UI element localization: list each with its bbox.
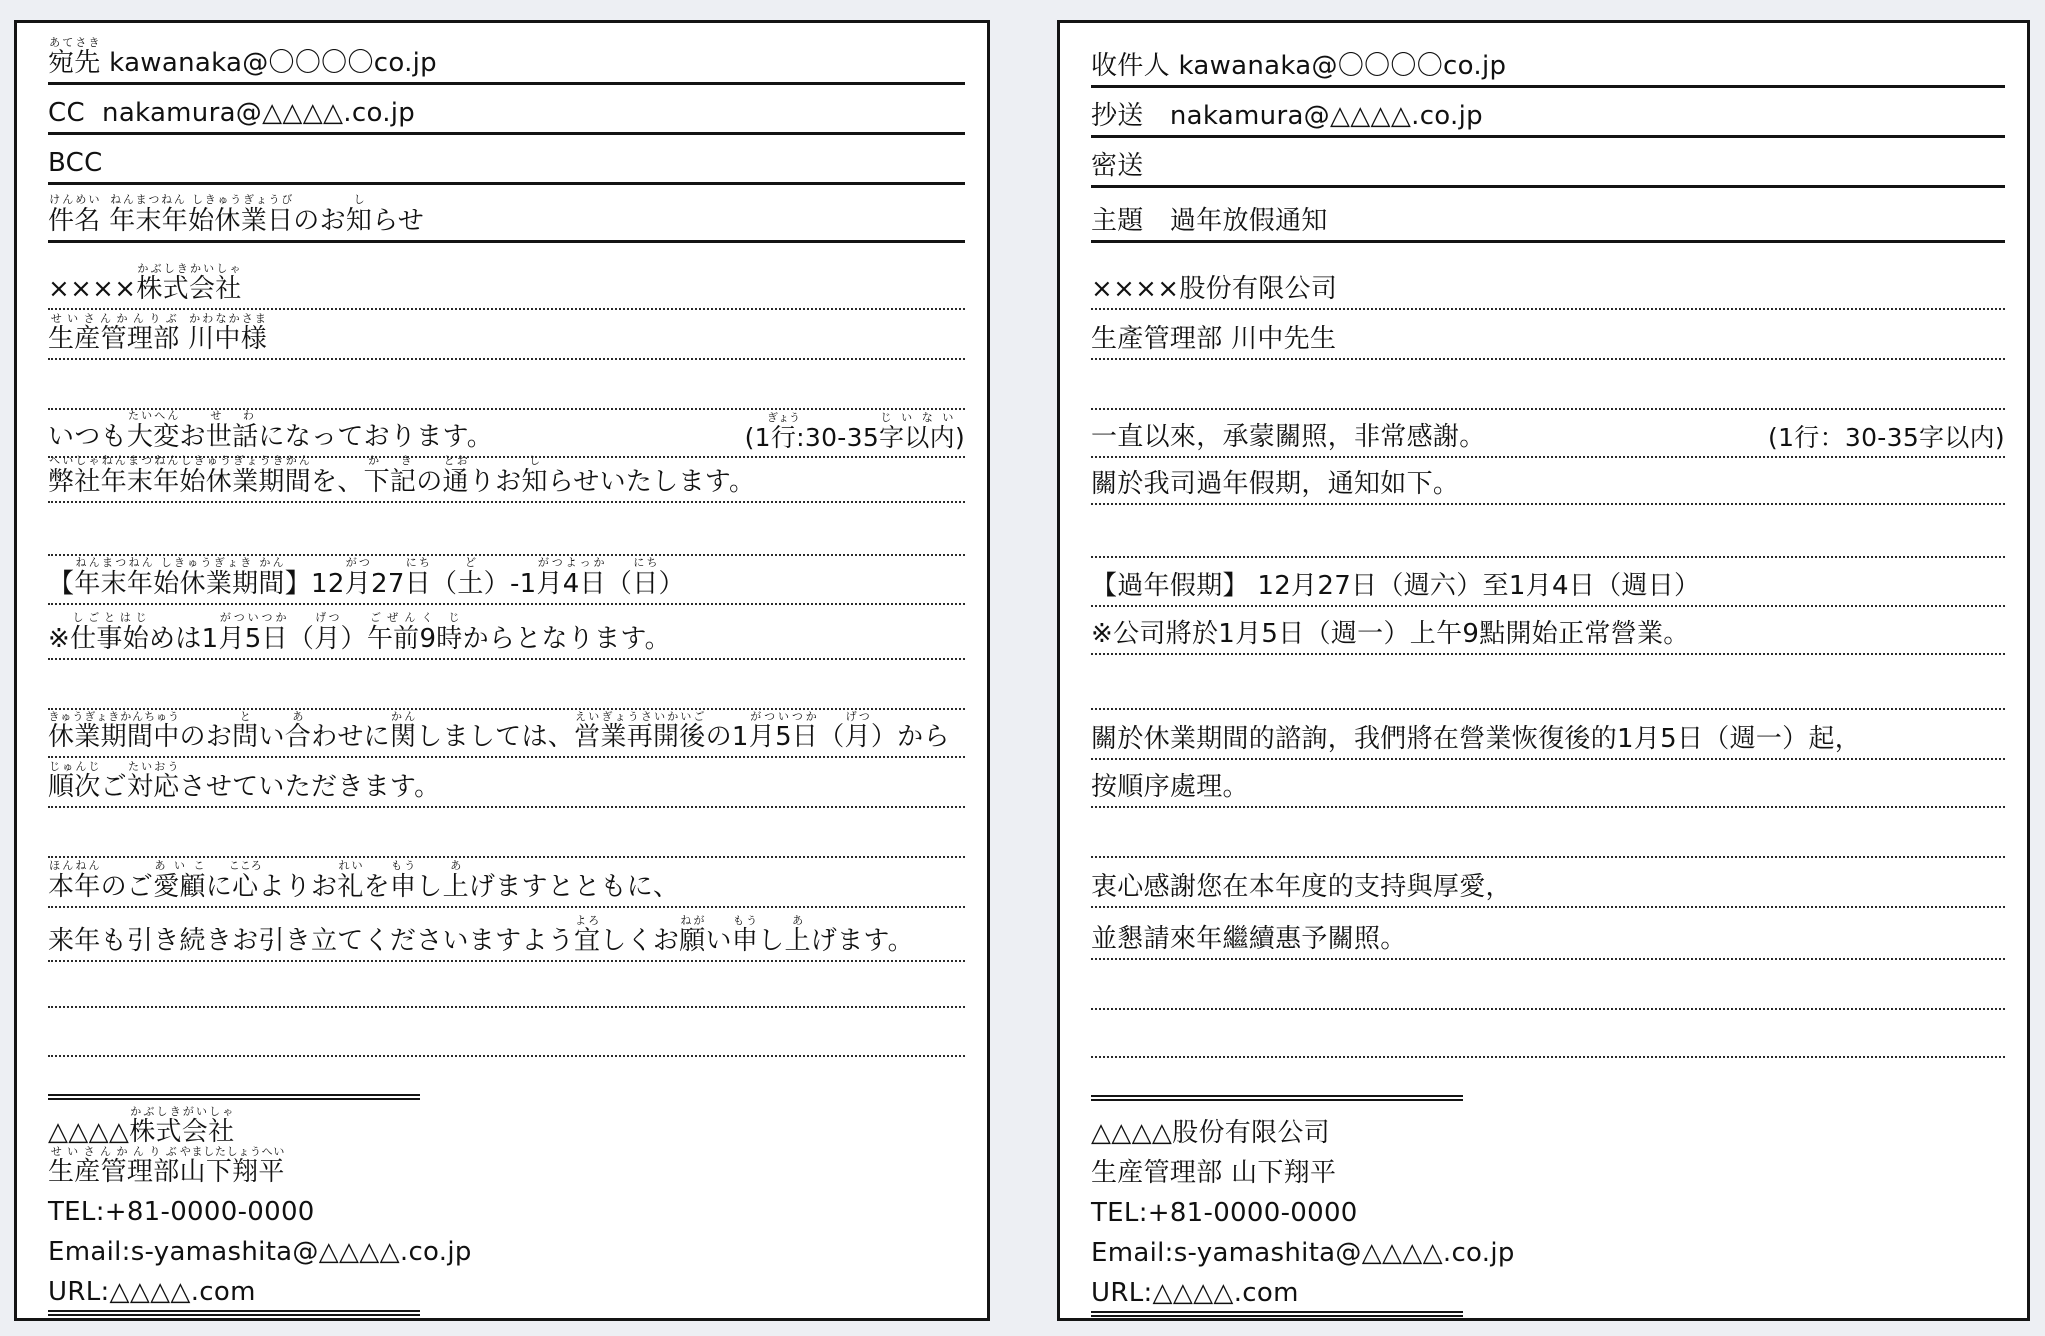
body-text-line <box>48 660 965 710</box>
line-text: ××××株式会社かぶしきかいしゃ <box>48 262 242 303</box>
body-text-line: 生產管理部 川中先生 <box>1091 310 2005 360</box>
body-text-line: ××××股份有限公司 <box>1091 243 2005 310</box>
ruby-annotated-text: 山下翔平やましたしょうへい <box>180 1145 285 1186</box>
signature-line: △△△△股份有限公司 <box>1091 1107 1463 1147</box>
ruby-annotated-text: 月5日がついつか <box>218 624 287 654</box>
body-text-line: 休業期間中きゅうぎょきかんちゅうのお問とい合あわせに関かんしましては、営業再開後… <box>48 710 965 758</box>
line-text: 關於我司過年假期，通知如下。 <box>1091 471 1459 498</box>
line-length-note: (1行ぎょう:30-35字以内じ い な い) <box>745 411 965 451</box>
body-text-line <box>1091 960 2005 1010</box>
line-text: 按順序處理。 <box>1091 774 1249 801</box>
japanese-email-page: 宛先あてさき kawanaka@〇〇〇〇co.jpCC nakamura@△△△… <box>14 20 990 1321</box>
line-text: 抄送 nakamura@△△△△.co.jp <box>1091 103 1483 130</box>
ruby-annotated-text: 知し <box>521 467 547 497</box>
ruby-annotated-text: 月げつ <box>845 722 871 752</box>
ruby-annotated-text: 知し <box>346 206 372 236</box>
signature-line: Email:s-yamashita@△△△△.co.jp <box>1091 1227 1463 1267</box>
ruby-annotated-text: 通とお <box>443 467 469 497</box>
signature-line: 生産管理部せいさんかんりぶ 山下翔平やましたしょうへい <box>48 1146 420 1186</box>
ruby-annotated-text: 世話せ わ <box>206 422 259 452</box>
ruby-annotated-text: 字以内じ い な い <box>879 423 955 452</box>
line-text: 一直以來，承蒙關照，非常感謝。 <box>1091 424 1486 451</box>
ruby-annotated-text: 下記か き <box>364 467 417 497</box>
signature-line: △△△△株式会社かぶしきがいしゃ <box>48 1106 420 1146</box>
body-text-line <box>48 503 965 556</box>
ruby-annotated-text: 弊社年末年始休業期間へいしゃねんまつねんしきゅうぎょうきかん <box>48 467 311 497</box>
ruby-annotated-text: 日にち <box>632 569 658 599</box>
body-text-line: 並懇請來年繼續惠予關照。 <box>1091 908 2005 960</box>
line-text: ××××股份有限公司 <box>1091 276 1337 303</box>
line-text: 並懇請來年繼續惠予關照。 <box>1091 926 1407 953</box>
body-text-line: 生産管理部せいさんかんりぶ 川中様かわなかさま <box>48 310 965 360</box>
ruby-annotated-text: 行ぎょう <box>771 423 796 452</box>
body-text-line: 【年末年始休業期間ねんまつねん しきゅうぎょき かん】12月がつ27日にち（土ど… <box>48 556 965 605</box>
ruby-annotated-text: 月5日がついつか <box>749 722 818 752</box>
chinese-email-page: 收件人 kawanaka@〇〇〇〇co.jp抄送 nakamura@△△△△.c… <box>1057 20 2030 1321</box>
header-field-row: BCC <box>48 135 965 185</box>
ruby-annotated-text: 営業再開後えいぎょうさいかいご <box>574 722 706 752</box>
line-text: 密送 <box>1091 153 1144 180</box>
ruby-annotated-text: 年末年始休業期間ねんまつねん しきゅうぎょき かん <box>74 569 284 599</box>
ruby-annotated-text: 順次じゅんじ <box>48 772 101 802</box>
signature-line: TEL:+81-0000-0000 <box>1091 1187 1463 1227</box>
ruby-annotated-text: 本年ほんねん <box>48 872 101 902</box>
ruby-annotated-text: 年末年始休業日ねんまつねん しきゅうぎょうび <box>109 206 293 236</box>
body-text-line: 本年ほんねんのご愛顧あ い こに心こころよりお礼れいを申もうし上あげますとともに… <box>48 858 965 908</box>
ruby-annotated-text: 上あ <box>784 926 810 956</box>
signature-line: URL:△△△△.com <box>48 1266 420 1306</box>
line-text: 【過年假期】 12月27日（週六）至1月4日（週日） <box>1091 573 1700 600</box>
ruby-annotated-text: 午前9時ごぜんく じ <box>367 624 463 654</box>
signature-line: TEL:+81-0000-0000 <box>48 1186 420 1226</box>
ruby-annotated-text: 川中様かわなかさま <box>188 324 267 354</box>
line-text: ※仕事始しごとはじめは1月5日がついつか（月げつ）午前9時ごぜんく じからとなり… <box>48 611 671 653</box>
line-text: 生產管理部 川中先生 <box>1091 326 1336 353</box>
body-text-line <box>1091 655 2005 710</box>
signature-line: 生産管理部 山下翔平 <box>1091 1147 1463 1187</box>
body-text-line <box>1091 1010 2005 1058</box>
ruby-annotated-text: 株式会社かぶしきがいしゃ <box>129 1105 234 1146</box>
ruby-annotated-text: 生産管理部せいさんかんりぶ <box>48 1145 180 1186</box>
body-text-line <box>48 1008 965 1057</box>
ruby-annotated-text: 問と <box>232 722 258 752</box>
header-field-row: 宛先あてさき kawanaka@〇〇〇〇co.jp <box>48 23 965 85</box>
ruby-annotated-text: 生産管理部せいさんかんりぶ <box>48 324 180 354</box>
ruby-annotated-text: 関かん <box>390 722 416 752</box>
ruby-annotated-text: 申もう <box>390 872 416 902</box>
body-text-line: 衷心感謝您在本年度的支持與厚愛， <box>1091 858 2005 908</box>
ruby-annotated-text: 件名けんめい <box>48 206 101 236</box>
line-text: ※公司將於1月5日（週一）上午9點開始正常營業。 <box>1091 621 1690 648</box>
header-field-row: 主題 過年放假通知 <box>1091 188 2005 243</box>
header-field-row: 件名けんめい 年末年始休業日ねんまつねん しきゅうぎょうびのお知しらせ <box>48 185 965 243</box>
header-field-row: 密送 <box>1091 138 2005 188</box>
header-field-row: 抄送 nakamura@△△△△.co.jp <box>1091 88 2005 138</box>
ruby-annotated-text: 上あ <box>443 872 469 902</box>
line-text: 宛先あてさき kawanaka@〇〇〇〇co.jp <box>48 36 437 77</box>
body-text-line <box>1091 505 2005 558</box>
japanese-rows: 宛先あてさき kawanaka@〇〇〇〇co.jpCC nakamura@△△△… <box>48 23 965 1057</box>
line-text: 【年末年始休業期間ねんまつねん しきゅうぎょき かん】12月がつ27日にち（土ど… <box>48 556 685 598</box>
ruby-annotated-text: 愛顧あ い こ <box>153 872 206 902</box>
ruby-annotated-text: 礼れい <box>337 872 363 902</box>
ruby-annotated-text: 申もう <box>732 926 758 956</box>
line-text: CC nakamura@△△△△.co.jp <box>48 100 415 127</box>
body-text-line: ※公司將於1月5日（週一）上午9點開始正常營業。 <box>1091 607 2005 655</box>
line-text: 件名けんめい 年末年始休業日ねんまつねん しきゅうぎょうびのお知しらせ <box>48 193 424 235</box>
body-text-line: 按順序處理。 <box>1091 760 2005 808</box>
line-text: 本年ほんねんのご愛顧あ い こに心こころよりお礼れいを申もうし上あげますとともに… <box>48 859 679 901</box>
ruby-annotated-text: 月4日がつよっか <box>536 569 605 599</box>
body-text-line <box>48 360 965 410</box>
chinese-rows: 收件人 kawanaka@〇〇〇〇co.jp抄送 nakamura@△△△△.c… <box>1091 23 2005 1058</box>
line-text: 主題 過年放假通知 <box>1091 208 1328 235</box>
ruby-annotated-text: 宛先あてさき <box>48 48 101 78</box>
ruby-annotated-text: 月がつ <box>345 569 371 599</box>
ruby-annotated-text: 宜よろ <box>574 926 600 956</box>
body-text-line <box>48 962 965 1008</box>
signature-line: Email:s-yamashita@△△△△.co.jp <box>48 1226 420 1266</box>
chinese-signature-block: △△△△股份有限公司生産管理部 山下翔平TEL:+81-0000-0000Ema… <box>1091 1095 1463 1317</box>
bilingual-email-worksheet: { "page": { "background": "#edeff3", "sh… <box>0 0 2045 1336</box>
line-text: 生産管理部せいさんかんりぶ 川中様かわなかさま <box>48 312 267 353</box>
line-text: 順次じゅんじご対応たいおうさせていただきます。 <box>48 760 440 801</box>
ruby-annotated-text: 休業期間中きゅうぎょきかんちゅう <box>48 722 180 752</box>
line-text: 休業期間中きゅうぎょきかんちゅうのお問とい合あわせに関かんしましては、営業再開後… <box>48 710 950 751</box>
line-text: BCC <box>48 150 103 177</box>
body-text-line: 順次じゅんじご対応たいおうさせていただきます。 <box>48 758 965 808</box>
ruby-annotated-text: 心こころ <box>232 872 258 902</box>
ruby-annotated-text: 月げつ <box>314 624 340 654</box>
body-text-line: 【過年假期】 12月27日（週六）至1月4日（週日） <box>1091 558 2005 607</box>
line-text: 弊社年末年始休業期間へいしゃねんまつねんしきゅうぎょうきかんを、下記か きの通と… <box>48 454 755 496</box>
ruby-annotated-text: 日にち <box>405 569 431 599</box>
body-text-line: ××××株式会社かぶしきかいしゃ <box>48 243 965 310</box>
body-text-line: 關於我司過年假期，通知如下。 <box>1091 458 2005 505</box>
ruby-annotated-text: 大変たいへん <box>127 422 180 452</box>
body-text-line: 来年も引き続きお引き立てくださいますよう宜よろしくお願ねがい申もうし上あげます。 <box>48 908 965 962</box>
ruby-annotated-text: 願ねが <box>679 926 705 956</box>
body-text-line: ※仕事始しごとはじめは1月5日がついつか（月げつ）午前9時ごぜんく じからとなり… <box>48 605 965 660</box>
line-text: 衷心感謝您在本年度的支持與厚愛， <box>1091 874 1512 901</box>
japanese-signature-block: △△△△株式会社かぶしきがいしゃ生産管理部せいさんかんりぶ 山下翔平やましたしょ… <box>48 1094 420 1316</box>
line-text: いつも大変たいへんお世話せ わになっております。 <box>48 409 493 451</box>
line-text: 關於休業期間的諮詢，我們將在營業恢復後的1月5日（週一）起， <box>1091 726 1861 753</box>
signature-line: URL:△△△△.com <box>1091 1267 1463 1307</box>
ruby-annotated-text: 仕事始しごとはじ <box>70 624 149 654</box>
body-text-line: 弊社年末年始休業期間へいしゃねんまつねんしきゅうぎょうきかんを、下記か きの通と… <box>48 458 965 503</box>
header-field-row: 收件人 kawanaka@〇〇〇〇co.jp <box>1091 23 2005 88</box>
ruby-annotated-text: 株式会社かぶしきかいしゃ <box>136 274 241 304</box>
header-field-row: CC nakamura@△△△△.co.jp <box>48 85 965 135</box>
body-text-line <box>48 808 965 858</box>
ruby-annotated-text: 対応たいおう <box>127 772 180 802</box>
line-length-note: (1行：30-35字以内) <box>1768 425 2005 451</box>
ruby-annotated-text: 土ど <box>457 569 483 599</box>
body-text-line: いつも大変たいへんお世話せ わになっております。(1行ぎょう:30-35字以内じ… <box>48 410 965 458</box>
body-text-line <box>1091 808 2005 858</box>
ruby-annotated-text: 合あ <box>285 722 311 752</box>
body-text-line: 一直以來，承蒙關照，非常感謝。(1行：30-35字以内) <box>1091 410 2005 458</box>
line-text: 收件人 kawanaka@〇〇〇〇co.jp <box>1091 53 1506 80</box>
body-text-line <box>1091 360 2005 410</box>
line-text: 来年も引き続きお引き立てくださいますよう宜よろしくお願ねがい申もうし上あげます。 <box>48 914 914 955</box>
body-text-line: 關於休業期間的諮詢，我們將在營業恢復後的1月5日（週一）起， <box>1091 710 2005 760</box>
